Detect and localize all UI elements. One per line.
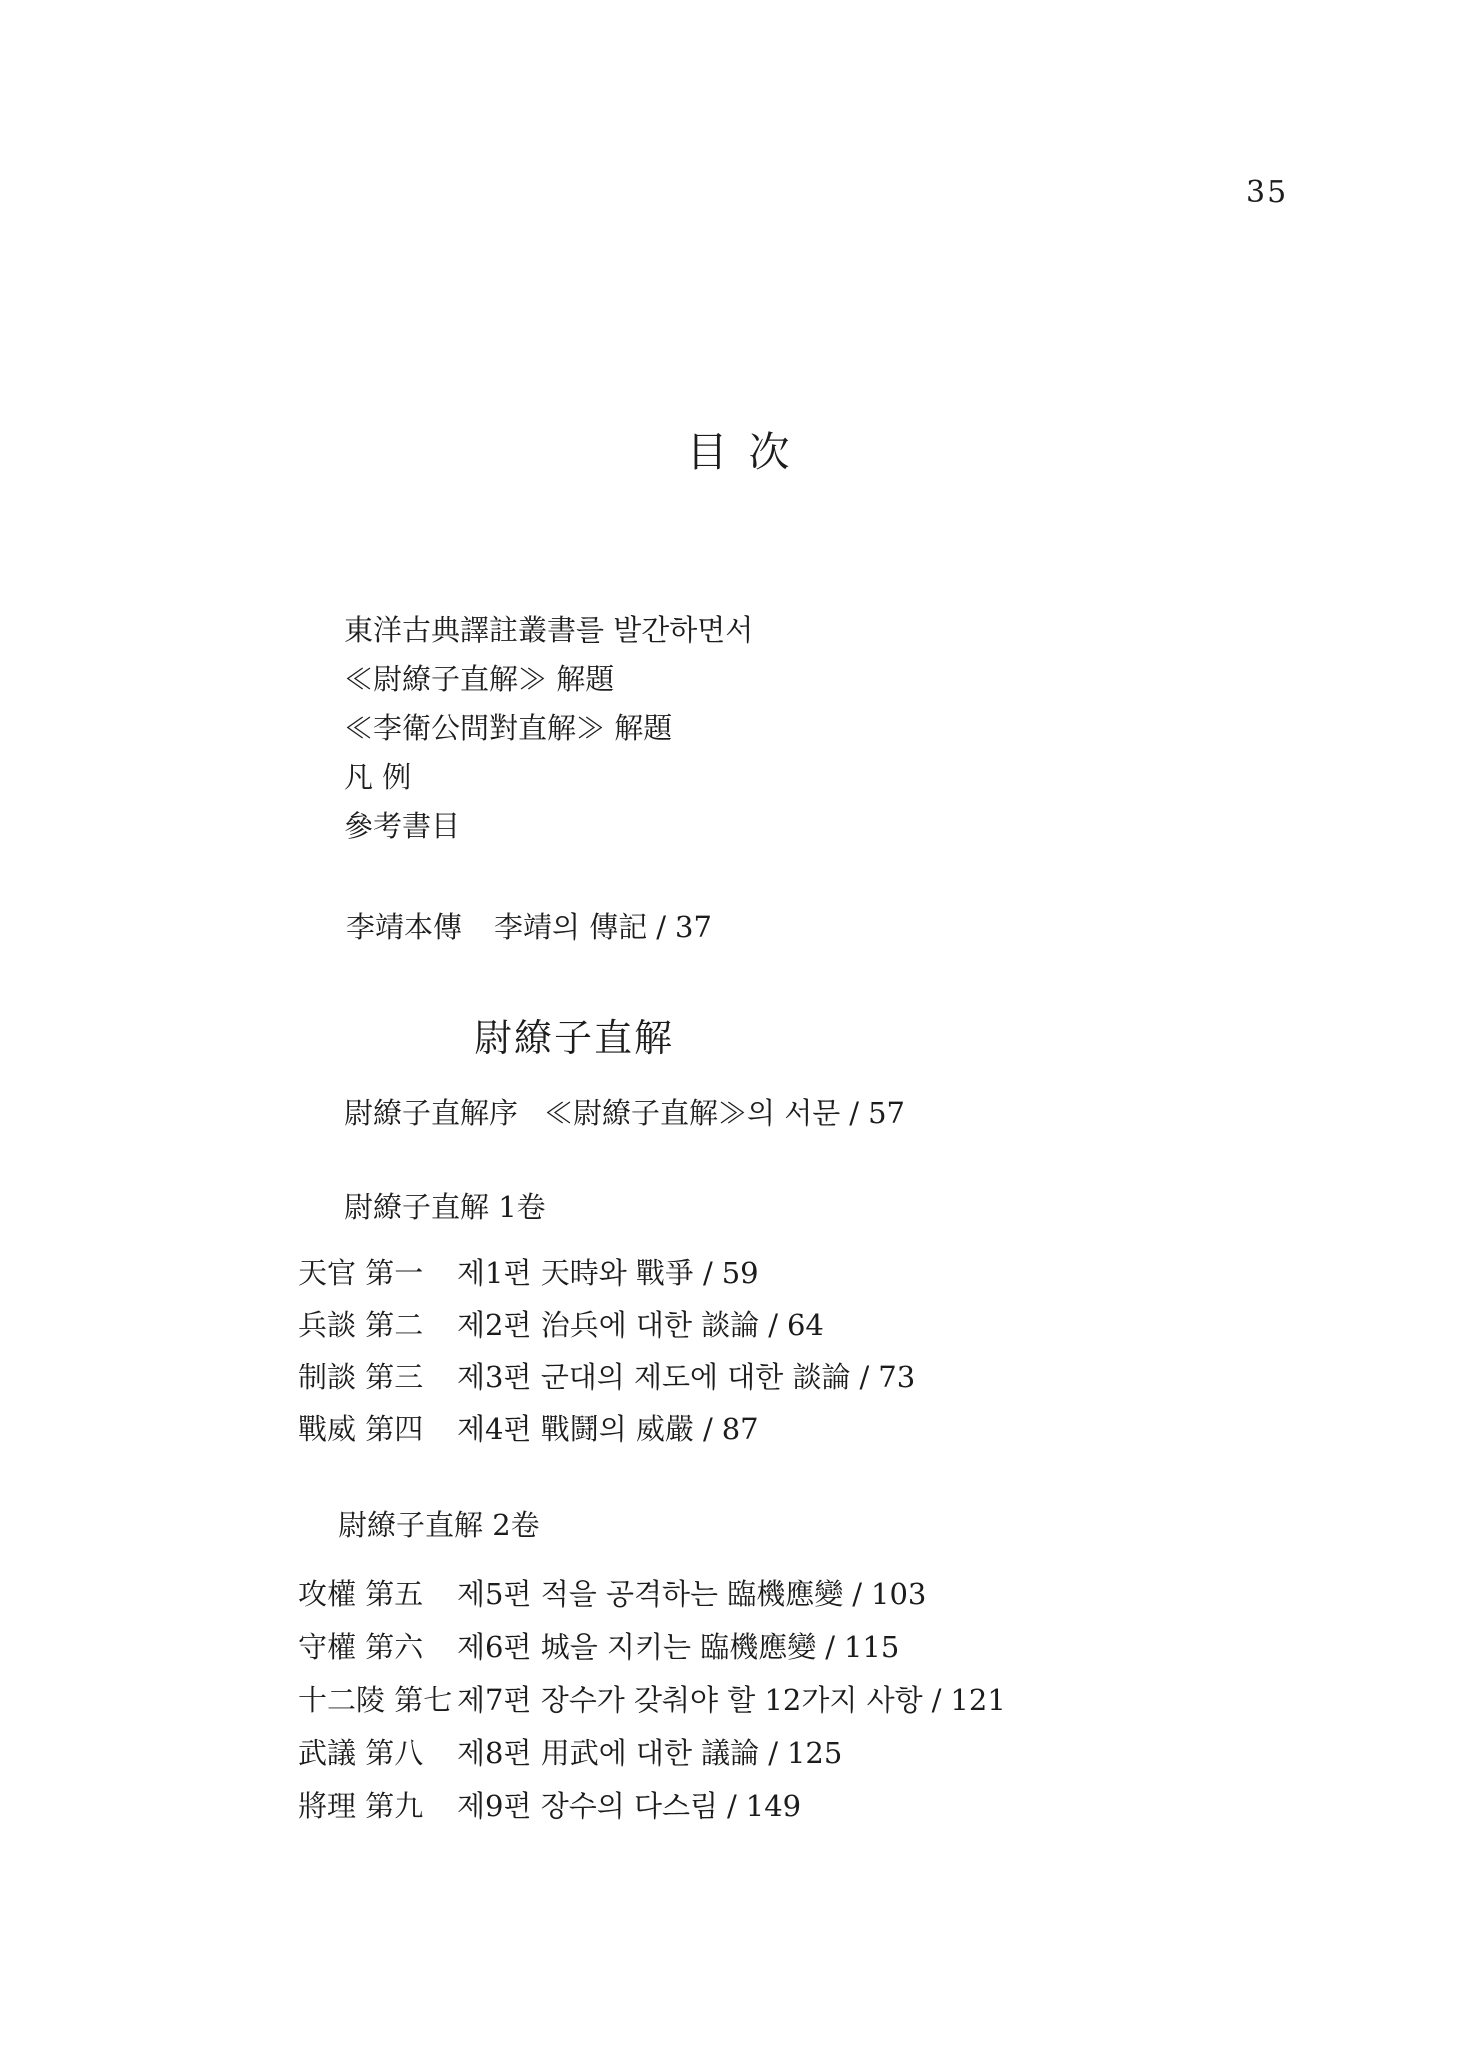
- chapter-row: 戰威 第四제4편 戰鬪의 威嚴/87: [298, 1403, 915, 1455]
- separator: /: [825, 1630, 835, 1664]
- chapter-title: 攻權 第五: [298, 1568, 457, 1621]
- front-matter-item: ≪尉繚子直解≫ 解題: [344, 655, 753, 704]
- chapter-page-ref: 73: [878, 1360, 915, 1394]
- preface-title: 尉繚子直解序: [344, 1096, 518, 1130]
- chapter-row: 武議 第八제8편 用武에 대한 議論/125: [298, 1727, 1006, 1780]
- biography-title: 李靖本傳: [346, 910, 462, 944]
- chapter-description: 제2편 治兵에 대한 談論: [457, 1308, 759, 1342]
- biography-description: 李靖의 傳記: [494, 910, 647, 944]
- chapter-title: 十二陵 第七: [298, 1674, 457, 1727]
- chapter-page-ref: 59: [722, 1256, 759, 1290]
- volume-heading: 尉繚子直解 1卷: [344, 1187, 546, 1227]
- preface-entry: 尉繚子直解序≪尉繚子直解≫의 서문/57: [344, 1093, 905, 1133]
- front-matter-item: 凡 例: [344, 753, 753, 802]
- separator: /: [768, 1736, 778, 1770]
- separator: /: [768, 1308, 778, 1342]
- chapter-title: 天官 第一: [298, 1247, 457, 1299]
- chapter-description: 제1편 天時와 戰爭: [457, 1256, 694, 1290]
- chapter-row: 將理 第九제9편 장수의 다스림/149: [298, 1780, 1006, 1833]
- chapter-description: 제3편 군대의 제도에 대한 談論: [457, 1360, 850, 1394]
- separator: /: [656, 910, 666, 944]
- chapter-page-ref: 103: [871, 1577, 926, 1611]
- biography-entry: 李靖本傳李靖의 傳記/37: [346, 907, 712, 947]
- chapter-page-ref: 64: [787, 1308, 824, 1342]
- volume-heading: 尉繚子直解 2卷: [338, 1505, 540, 1545]
- separator: /: [727, 1789, 737, 1823]
- front-matter-list: 東洋古典譯註叢書를 발간하면서 ≪尉繚子直解≫ 解題 ≪李衛公問對直解≫ 解題 …: [344, 606, 753, 851]
- chapter-page-ref: 149: [746, 1789, 801, 1823]
- chapter-title: 將理 第九: [298, 1780, 457, 1833]
- chapter-row: 十二陵 第七제7편 장수가 갖춰야 할 12가지 사항/121: [298, 1674, 1006, 1727]
- separator: /: [852, 1577, 862, 1611]
- chapter-page-ref: 87: [722, 1412, 759, 1446]
- front-matter-item: 參考書目: [344, 802, 753, 851]
- volume-1-chapter-list: 天官 第一제1편 天時와 戰爭/59 兵談 第二제2편 治兵에 대한 談論/64…: [298, 1247, 915, 1455]
- preface-description: ≪尉繚子直解≫의 서문: [544, 1096, 840, 1130]
- chapter-description: 제6편 城을 지키는 臨機應變: [457, 1630, 816, 1664]
- chapter-description: 제4편 戰鬪의 威嚴: [457, 1412, 694, 1446]
- chapter-row: 兵談 第二제2편 治兵에 대한 談論/64: [298, 1299, 915, 1351]
- chapter-title: 守權 第六: [298, 1621, 457, 1674]
- separator: /: [703, 1256, 713, 1290]
- chapter-title: 兵談 第二: [298, 1299, 457, 1351]
- separator: /: [849, 1096, 859, 1130]
- biography-page-ref: 37: [675, 910, 712, 944]
- chapter-row: 守權 第六제6편 城을 지키는 臨機應變/115: [298, 1621, 1006, 1674]
- separator: /: [859, 1360, 869, 1394]
- chapter-title: 制談 第三: [298, 1351, 457, 1403]
- page-title: 目 次: [0, 428, 1480, 476]
- chapter-title: 武議 第八: [298, 1727, 457, 1780]
- chapter-description: 제8편 用武에 대한 議論: [457, 1736, 759, 1770]
- front-matter-item: 東洋古典譯註叢書를 발간하면서: [344, 606, 753, 655]
- chapter-page-ref: 121: [950, 1683, 1005, 1717]
- volume-2-chapter-list: 攻權 第五제5편 적을 공격하는 臨機應變/103 守權 第六제6편 城을 지키…: [298, 1568, 1006, 1833]
- page-number: 35: [1246, 176, 1288, 210]
- chapter-page-ref: 125: [787, 1736, 842, 1770]
- chapter-description: 제9편 장수의 다스림: [457, 1789, 718, 1823]
- chapter-row: 天官 第一제1편 天時와 戰爭/59: [298, 1247, 915, 1299]
- chapter-row: 制談 第三제3편 군대의 제도에 대한 談論/73: [298, 1351, 915, 1403]
- document-page: { "page": { "number": "35", "title": "目 …: [0, 0, 1480, 2048]
- separator: /: [703, 1412, 713, 1446]
- preface-page-ref: 57: [868, 1096, 905, 1130]
- chapter-description: 제7편 장수가 갖춰야 할 12가지 사항: [457, 1683, 923, 1717]
- section-heading: 尉繚子直解: [474, 1014, 674, 1062]
- chapter-title: 戰威 第四: [298, 1403, 457, 1455]
- front-matter-item: ≪李衛公問對直解≫ 解題: [344, 704, 753, 753]
- chapter-page-ref: 115: [844, 1630, 899, 1664]
- chapter-row: 攻權 第五제5편 적을 공격하는 臨機應變/103: [298, 1568, 1006, 1621]
- chapter-description: 제5편 적을 공격하는 臨機應變: [457, 1577, 843, 1611]
- separator: /: [932, 1683, 942, 1717]
